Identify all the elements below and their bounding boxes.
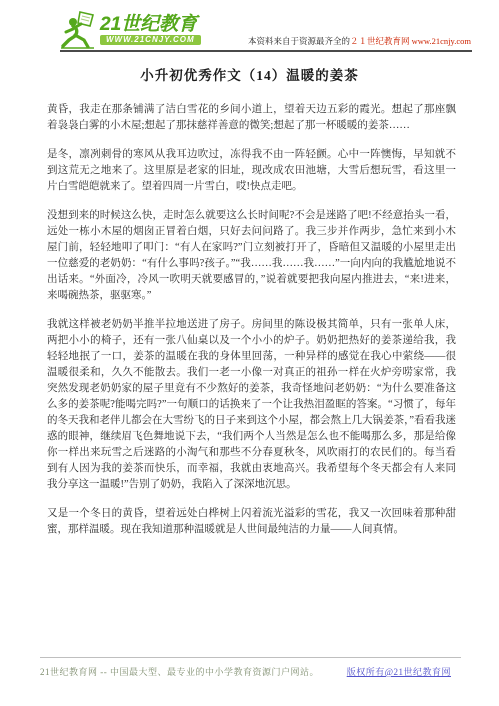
essay-paragraph: 我就这样被老奶奶半推半拉地送进了房子。房间里的陈设极其简单，只有一张单人床，两把… bbox=[47, 317, 456, 493]
essay-paragraph: 又是一个冬日的黄昏，望着远处白桦树上闪着流光溢彩的雪花，我又一次回味着那种甜蜜，… bbox=[47, 506, 456, 538]
tagline-prefix: 本资料来自于资源最齐全的 bbox=[248, 36, 350, 46]
page-footer: 21世纪教育网 -- 中国最大型、最专业的中小学教育资源门户网站。 版权所有@2… bbox=[40, 657, 461, 678]
logo-url-text: www.21cnjy.com bbox=[100, 35, 201, 45]
page-header: 21世纪教育 www.21cnjy.com 本资料来自于资源最齐全的２１世纪教育… bbox=[60, 6, 471, 50]
page-title: 小升初优秀作文（14）温暖的姜茶 bbox=[0, 64, 499, 84]
header-divider bbox=[60, 50, 472, 52]
footer-copyright-link[interactable]: 版权所有@21世纪教育网 bbox=[347, 665, 451, 678]
essay-paragraph: 黄昏，我走在那条铺满了洁白雪花的乡间小道上，望着天边五彩的霞光。想起了那座飘着袅… bbox=[47, 102, 456, 134]
logo-text-block: 21世纪教育 www.21cnjy.com bbox=[100, 15, 201, 45]
footer-site-info: 21世纪教育网 -- 中国最大型、最专业的中小学教育资源门户网站。 bbox=[40, 665, 319, 678]
tagline-highlight: ２１世纪教育网 www.21cnjy.com bbox=[350, 36, 471, 46]
essay-paragraph: 没想到来的时候这么快，走时怎么就要这么长时间呢?不会是迷路了吧!不经意抬头一看，… bbox=[47, 208, 456, 304]
logo-brand-text: 21世纪教育 bbox=[100, 15, 201, 34]
essay-paragraph: 是冬，凛冽刺骨的寒风从我耳边吹过，冻得我不由一阵轻颤。心中一阵懊悔，早知就不到这… bbox=[47, 147, 456, 195]
essay-body: 黄昏，我走在那条铺满了洁白雪花的乡间小道上，望着天边五彩的霞光。想起了那座飘着袅… bbox=[47, 102, 456, 551]
site-logo[interactable]: 21世纪教育 www.21cnjy.com bbox=[60, 10, 201, 50]
document-page: { "header": { "logo": { "brand": "21世纪教育… bbox=[0, 0, 499, 706]
header-tagline: 本资料来自于资源最齐全的２１世纪教育网 www.21cnjy.com bbox=[248, 35, 471, 50]
running-student-icon bbox=[60, 10, 98, 50]
